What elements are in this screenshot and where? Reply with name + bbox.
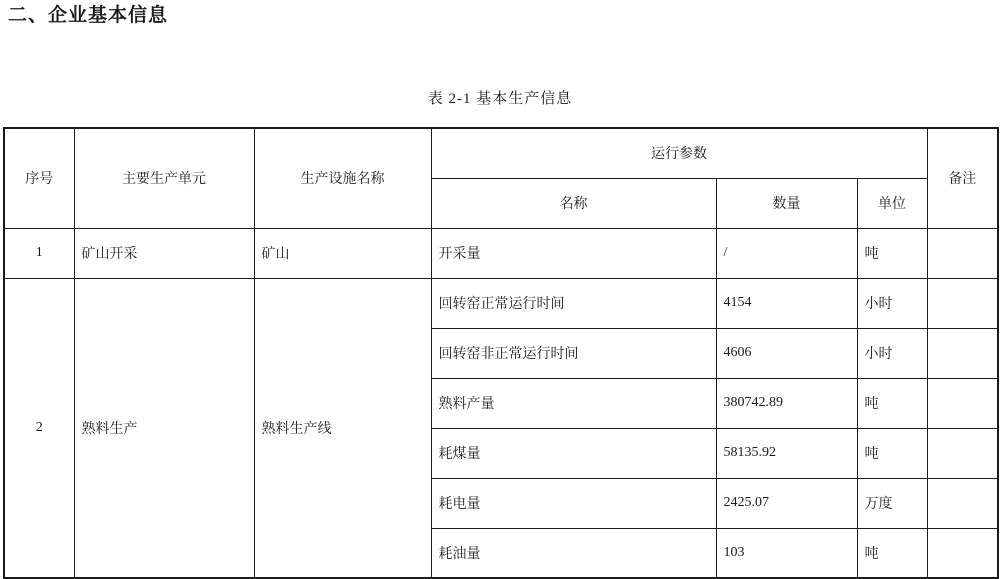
cell-unit: 吨 [857, 228, 927, 278]
cell-quantity: 58135.92 [716, 428, 857, 478]
cell-param-name: 熟料产量 [431, 378, 716, 428]
cell-unit: 吨 [857, 528, 927, 578]
cell-param-name: 回转窑正常运行时间 [431, 278, 716, 328]
header-row-1: 序号 主要生产单元 生产设施名称 运行参数 备注 [4, 128, 998, 178]
cell-remark [927, 378, 998, 428]
header-seq: 序号 [4, 128, 74, 228]
table-row: 2 熟料生产 熟料生产线 回转窑正常运行时间 4154 小时 [4, 278, 998, 328]
table-caption: 表 2-1 基本生产信息 [3, 90, 997, 108]
cell-param-name: 耗油量 [431, 528, 716, 578]
cell-unit: 吨 [857, 428, 927, 478]
cell-quantity: 2425.07 [716, 478, 857, 528]
header-quantity: 数量 [716, 178, 857, 228]
cell-remark [927, 528, 998, 578]
header-param-name: 名称 [431, 178, 716, 228]
cell-quantity: 4606 [716, 328, 857, 378]
cell-remark [927, 228, 998, 278]
cell-param-name: 耗煤量 [431, 428, 716, 478]
section-heading: 二、企业基本信息 [8, 4, 1000, 28]
header-main-unit: 主要生产单元 [74, 128, 254, 228]
cell-quantity: 4154 [716, 278, 857, 328]
cell-remark [927, 328, 998, 378]
header-remark: 备注 [927, 128, 998, 228]
header-params-group: 运行参数 [431, 128, 927, 178]
table-row: 1 矿山开采 矿山 开采量 / 吨 [4, 228, 998, 278]
header-unit: 单位 [857, 178, 927, 228]
header-facility: 生产设施名称 [254, 128, 431, 228]
cell-param-name: 回转窑非正常运行时间 [431, 328, 716, 378]
cell-unit: 吨 [857, 378, 927, 428]
cell-remark [927, 428, 998, 478]
cell-quantity: / [716, 228, 857, 278]
cell-quantity: 380742.89 [716, 378, 857, 428]
cell-quantity: 103 [716, 528, 857, 578]
cell-unit: 小时 [857, 328, 927, 378]
cell-param-name: 耗电量 [431, 478, 716, 528]
cell-facility: 矿山 [254, 228, 431, 278]
cell-main-unit: 熟料生产 [74, 278, 254, 578]
cell-remark [927, 278, 998, 328]
cell-facility: 熟料生产线 [254, 278, 431, 578]
production-info-table: 序号 主要生产单元 生产设施名称 运行参数 备注 名称 数量 单位 1 矿山开采… [3, 127, 999, 579]
cell-seq: 2 [4, 278, 74, 578]
cell-unit: 万度 [857, 478, 927, 528]
cell-unit: 小时 [857, 278, 927, 328]
cell-param-name: 开采量 [431, 228, 716, 278]
document-page: 二、企业基本信息 表 2-1 基本生产信息 序号 主要生产单元 生产设施名称 运… [0, 4, 1000, 579]
cell-remark [927, 478, 998, 528]
cell-main-unit: 矿山开采 [74, 228, 254, 278]
cell-seq: 1 [4, 228, 74, 278]
